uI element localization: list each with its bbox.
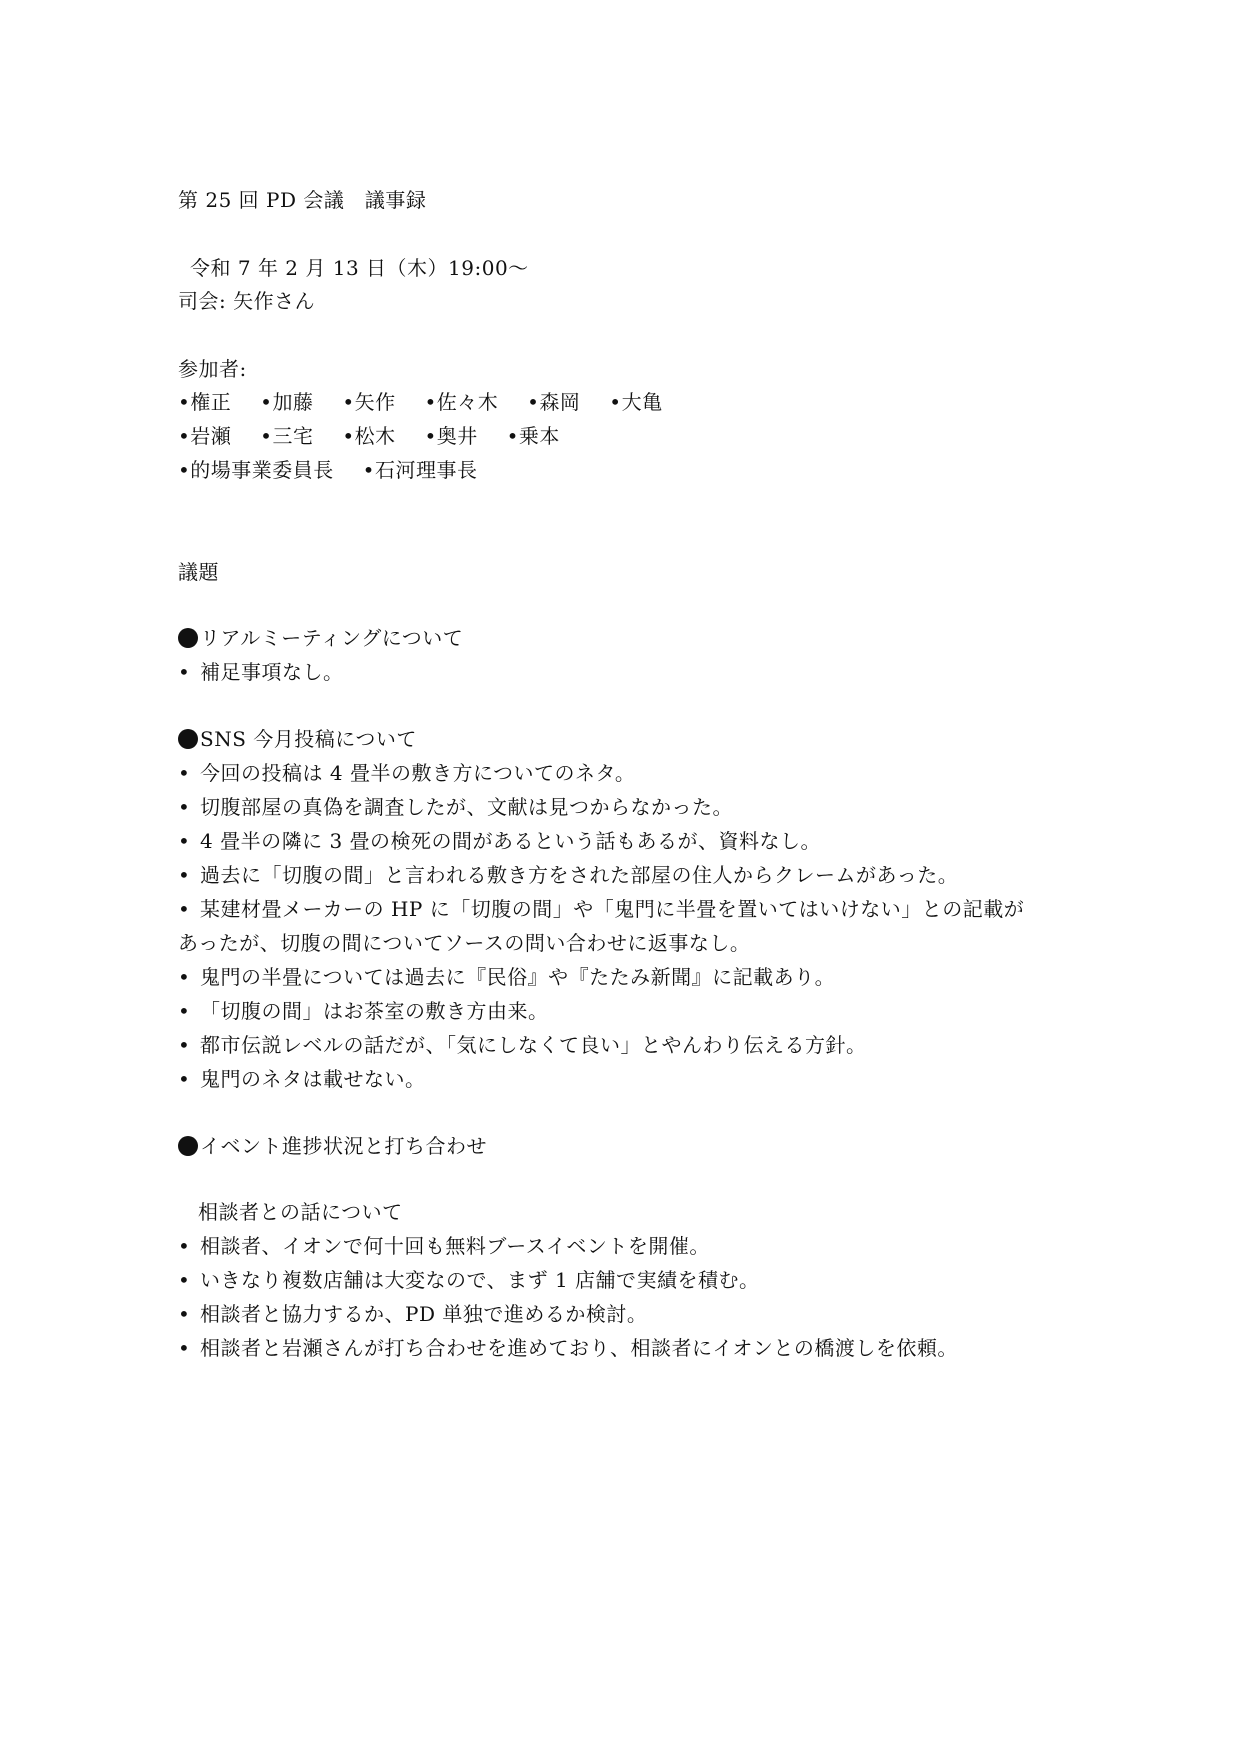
participant: •乗本 [507, 424, 560, 448]
participants-row-2: •岩瀬 •三宅 •松木 •奥井 •乗本 [178, 424, 582, 448]
participants-row-3: •的場事業委員長 •石河理事長 [178, 458, 499, 482]
participants-label: 参加者: [178, 357, 247, 381]
filled-circle-icon [178, 1136, 198, 1156]
participant: •岩瀬 [178, 424, 231, 448]
list-item: •某建材畳メーカーの HP に「切腹の間」や「鬼門に半畳を置いてはいけない」との… [178, 897, 1024, 921]
participant: •的場事業委員長 [178, 458, 334, 482]
document-page: 第 25 回 PD 会議 議事録 令和 7 年 2 月 13 日（木）19:00… [0, 0, 1241, 1755]
bullet-icon: • [178, 1067, 200, 1091]
list-item: •都市伝説レベルの話だが、「気にしなくて良い」とやんわり伝える方針。 [178, 1033, 867, 1057]
agenda-label: 議題 [178, 560, 219, 584]
participant: •松木 [342, 424, 395, 448]
section-heading-sns: SNS 今月投稿について [178, 727, 417, 751]
participant: •石河理事長 [363, 458, 478, 482]
bullet-icon: • [178, 761, 200, 785]
bullet-icon: • [178, 1268, 200, 1292]
list-item: •今回の投稿は 4 畳半の敷き方についてのネタ。 [178, 761, 635, 785]
meeting-chair: 司会: 矢作さん [178, 289, 315, 313]
participant: •加藤 [260, 390, 313, 414]
bullet-icon: • [178, 829, 200, 853]
list-item: •「切腹の間」はお茶室の敷き方由来。 [178, 999, 549, 1023]
list-item: •相談者と岩瀬さんが打ち合わせを進めており、相談者にイオンとの橋渡しを依頼。 [178, 1336, 958, 1360]
document-title: 第 25 回 PD 会議 議事録 [178, 188, 426, 212]
bullet-icon: • [178, 1302, 200, 1326]
bullet-icon: • [178, 660, 200, 684]
list-item: •4 畳半の隣に 3 畳の検死の間があるという話もあるが、資料なし。 [178, 829, 821, 853]
list-item: •いきなり複数店舗は大変なので、まず 1 店舗で実績を積む。 [178, 1268, 760, 1292]
participant: •奥井 [424, 424, 477, 448]
section-heading-event: イベント進捗状況と打ち合わせ [178, 1134, 487, 1158]
list-item: •鬼門のネタは載せない。 [178, 1067, 426, 1091]
participant: •森岡 [527, 390, 580, 414]
bullet-icon: • [178, 795, 200, 819]
subheading-consultant: 相談者との話について [198, 1200, 403, 1224]
participant: •矢作 [342, 390, 395, 414]
list-item: •相談者と協力するか、PD 単独で進めるか検討。 [178, 1302, 647, 1326]
list-item: •過去に「切腹の間」と言われる敷き方をされた部屋の住人からクレームがあった。 [178, 863, 958, 887]
section-heading-real-meeting: リアルミーティングについて [178, 626, 463, 650]
participant: •佐々木 [424, 390, 498, 414]
bullet-icon: • [178, 965, 200, 989]
participant: •大亀 [609, 390, 662, 414]
list-item: •切腹部屋の真偽を調査したが、文献は見つからなかった。 [178, 795, 733, 819]
bullet-icon: • [178, 1336, 200, 1360]
list-item: •補足事項なし。 [178, 660, 344, 684]
bullet-icon: • [178, 999, 200, 1023]
meeting-date: 令和 7 年 2 月 13 日（木）19:00～ [190, 256, 529, 280]
list-item: •相談者、イオンで何十回も無料ブースイベントを開催。 [178, 1234, 710, 1258]
list-item-continuation: あったが、切腹の間についてソースの問い合わせに返事なし。 [178, 931, 750, 955]
list-item: •鬼門の半畳については過去に『民俗』や『たたみ新聞』に記載あり。 [178, 965, 835, 989]
participant: •権正 [178, 390, 231, 414]
bullet-icon: • [178, 1033, 200, 1057]
participant: •三宅 [260, 424, 313, 448]
filled-circle-icon [178, 729, 198, 749]
participants-row-1: •権正 •加藤 •矢作 •佐々木 •森岡 •大亀 [178, 390, 685, 414]
bullet-icon: • [178, 1234, 200, 1258]
bullet-icon: • [178, 863, 200, 887]
bullet-icon: • [178, 897, 200, 921]
filled-circle-icon [178, 628, 198, 648]
